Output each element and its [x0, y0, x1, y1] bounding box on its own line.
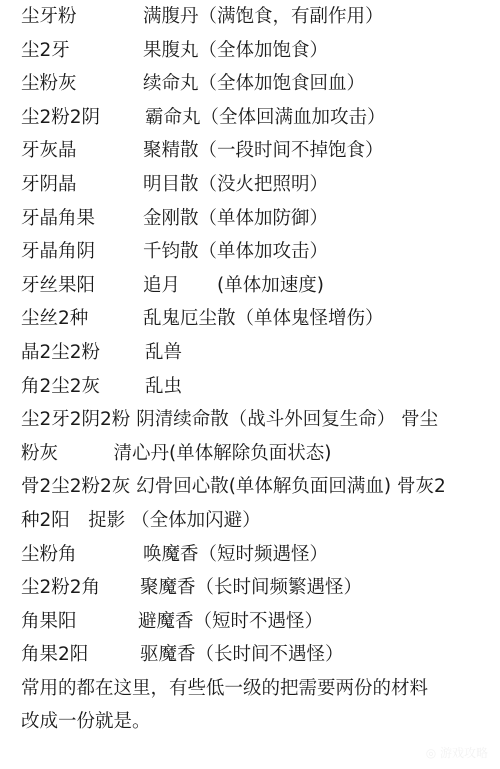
recipe-item: 避魔香（短时不遇怪）	[138, 605, 323, 639]
recipe-materials: 角果2阳	[21, 638, 88, 672]
recipe-item: 千钧散（单体加攻击）	[143, 235, 328, 269]
recipe-paragraph-line: 种2阳 捉影 （全体加闪避）	[21, 504, 491, 538]
recipe-item: 乱鬼厄尘散（单体鬼怪增伤）	[143, 302, 384, 336]
recipe-materials: 晶2尘2粉	[21, 336, 100, 370]
recipe-materials: 尘2牙	[21, 34, 70, 68]
recipe-materials: 牙阴晶	[21, 168, 77, 202]
recipe-row: 尘粉灰续命丸（全体加饱食回血）	[21, 67, 491, 101]
recipe-item: 乱兽	[145, 336, 182, 370]
recipe-item: 果腹丸（全体加饱食）	[143, 34, 328, 68]
recipe-item: 乱虫	[145, 370, 182, 404]
recipe-materials: 尘2粉2角	[21, 571, 100, 605]
recipe-row: 尘丝2种乱鬼厄尘散（单体鬼怪增伤）	[21, 302, 491, 336]
recipe-document: 尘牙粉满腹丹（满饱食，有副作用）尘2牙果腹丸（全体加饱食）尘粉灰续命丸（全体加饱…	[21, 0, 491, 739]
recipe-row: 牙晶角果金刚散（单体加防御）	[21, 202, 491, 236]
recipe-row: 尘2粉2阴霸命丸（全体回满血加攻击）	[21, 101, 491, 135]
recipe-item: 聚魔香（长时间频繁遇怪）	[140, 571, 362, 605]
recipe-item: 追月 (单体加速度)	[143, 269, 324, 303]
recipe-row: 角2尘2灰乱虫	[21, 370, 491, 404]
recipe-item: 金刚散（单体加防御）	[143, 202, 328, 236]
recipe-paragraph-line: 尘2牙2阴2粉 阴清续命散（战斗外回复生命） 骨尘	[21, 403, 491, 437]
footer-note-line: 改成一份就是。	[21, 705, 491, 739]
recipe-row: 尘2粉2角聚魔香（长时间频繁遇怪）	[21, 571, 491, 605]
recipe-materials: 尘牙粉	[21, 0, 77, 34]
recipe-materials: 牙晶角果	[21, 202, 95, 236]
recipe-materials: 牙丝果阳	[21, 269, 95, 303]
recipe-row: 尘牙粉满腹丹（满饱食，有副作用）	[21, 0, 491, 34]
recipe-item: 聚精散（一段时间不掉饱食）	[143, 134, 384, 168]
recipe-item: 驱魔香（长时间不遇怪）	[140, 638, 344, 672]
recipe-paragraph-line: 粉灰 清心丹(单体解除负面状态)	[21, 437, 491, 471]
recipe-row: 牙灰晶聚精散（一段时间不掉饱食）	[21, 134, 491, 168]
recipe-materials: 尘丝2种	[21, 302, 88, 336]
recipe-item: 霸命丸（全体回满血加攻击）	[145, 101, 386, 135]
recipe-item: 续命丸（全体加饱食回血）	[143, 67, 365, 101]
recipe-item: 明目散（没火把照明）	[143, 168, 328, 202]
recipe-item: 唤魔香（短时频遇怪）	[143, 538, 328, 572]
recipe-paragraph-line: 骨2尘2粉2灰 幻骨回心散(单体解负面回满血) 骨灰2	[21, 470, 491, 504]
recipe-row: 晶2尘2粉乱兽	[21, 336, 491, 370]
recipe-row: 尘2牙果腹丸（全体加饱食）	[21, 34, 491, 68]
recipe-item: 满腹丹（满饱食，有副作用）	[143, 0, 384, 34]
recipe-materials: 尘粉角	[21, 538, 77, 572]
recipe-materials: 牙灰晶	[21, 134, 77, 168]
recipe-materials: 尘粉灰	[21, 67, 77, 101]
footer-note-line: 常用的都在这里，有些低一级的把需要两份的材料	[21, 672, 491, 706]
recipe-row: 牙阴晶明目散（没火把照明）	[21, 168, 491, 202]
recipe-materials: 牙晶角阴	[21, 235, 95, 269]
recipe-row: 角果2阳驱魔香（长时间不遇怪）	[21, 638, 491, 672]
recipe-row: 尘粉角唤魔香（短时频遇怪）	[21, 538, 491, 572]
recipe-materials: 角果阳	[21, 605, 77, 639]
recipe-row: 角果阳避魔香（短时不遇怪）	[21, 605, 491, 639]
recipe-row: 牙晶角阴千钧散（单体加攻击）	[21, 235, 491, 269]
recipe-row: 牙丝果阳追月 (单体加速度)	[21, 269, 491, 303]
watermark: ◎ 游戏攻略	[426, 744, 488, 761]
recipe-materials: 尘2粉2阴	[21, 101, 100, 135]
recipe-materials: 角2尘2灰	[21, 370, 100, 404]
